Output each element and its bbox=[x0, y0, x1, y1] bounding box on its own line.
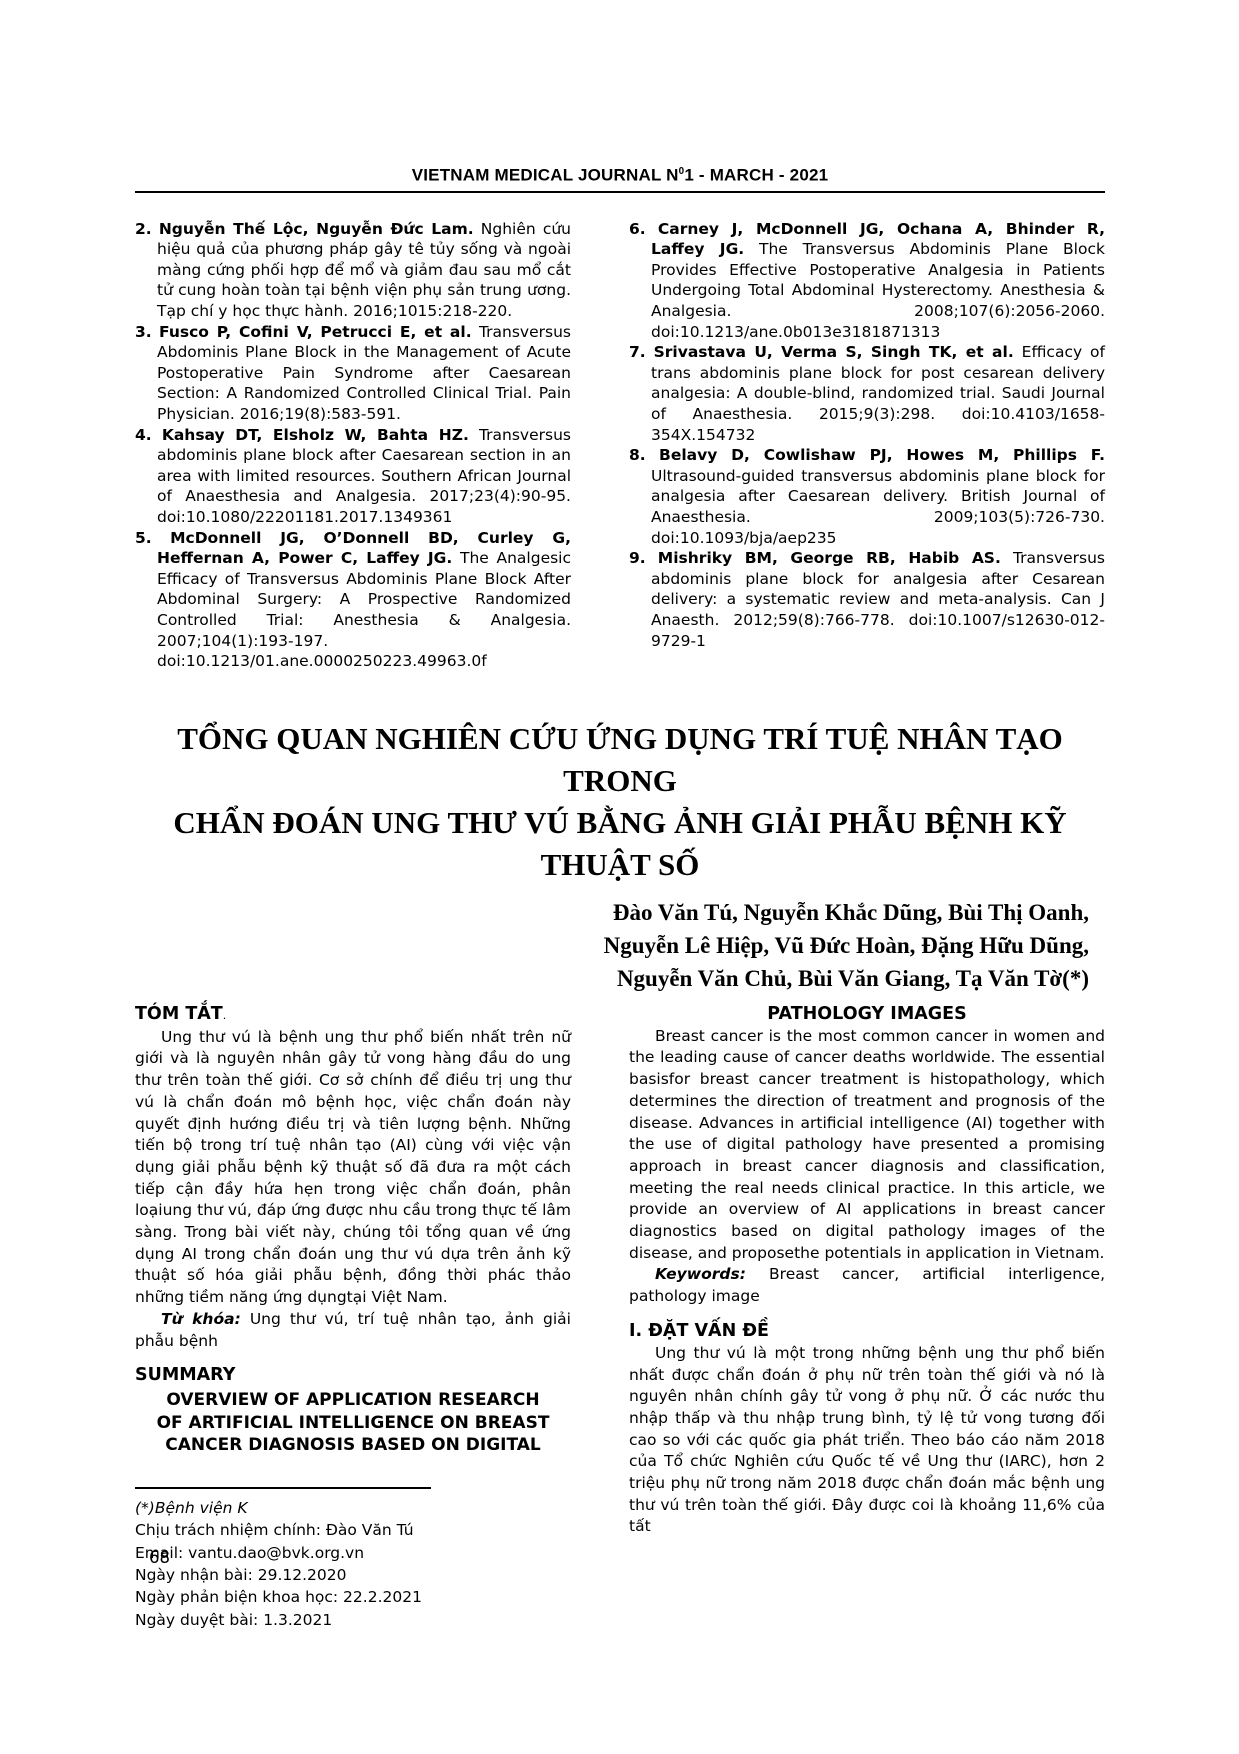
references-column-left: 2. Nguyễn Thế Lộc, Nguyễn Đức Lam. Nghiê… bbox=[135, 219, 571, 672]
references-section: 2. Nguyễn Thế Lộc, Nguyễn Đức Lam. Nghiê… bbox=[135, 219, 1105, 672]
reference-authors: Belavy D, Cowlishaw PJ, Howes M, Phillip… bbox=[659, 446, 1105, 464]
reference-authors: Srivastava U, Verma S, Singh TK, et al. bbox=[654, 343, 1014, 361]
reference-authors: Fusco P, Cofini V, Petrucci E, et al. bbox=[159, 323, 472, 341]
abstract-vi-heading-text: TÓM TẮT bbox=[135, 1004, 223, 1024]
journal-page: VIETNAM MEDICAL JOURNAL N01 - MARCH - 20… bbox=[0, 0, 1239, 1754]
reference-number: 8. bbox=[629, 446, 646, 464]
article-title-line-1: TỔNG QUAN NGHIÊN CỨU ỨNG DỤNG TRÍ TUỆ NH… bbox=[135, 718, 1105, 802]
english-title-line-1: OVERVIEW OF APPLICATION RESEARCH bbox=[135, 1389, 571, 1412]
article-title: TỔNG QUAN NGHIÊN CỨU ỨNG DỤNG TRÍ TUỆ NH… bbox=[135, 718, 1105, 886]
english-title-line-2: OF ARTIFICIAL INTELLIGENCE ON BREAST bbox=[135, 1412, 571, 1435]
keywords-vi-label: Từ khóa: bbox=[161, 1310, 241, 1328]
reference-number: 6. bbox=[629, 220, 646, 238]
reference-authors: Nguyễn Thế Lộc, Nguyễn Đức Lam. bbox=[159, 220, 474, 238]
article-title-line-2: CHẨN ĐOÁN UNG THƯ VÚ BẰNG ẢNH GIẢI PHẪU … bbox=[135, 802, 1105, 886]
reference-text: The Analgesic Efficacy of Transversus Ab… bbox=[157, 549, 571, 670]
page-number: 68 bbox=[149, 1548, 170, 1567]
footnote-block: (*)Bệnh viện K Chịu trách nhiệm chính: Đ… bbox=[135, 1487, 571, 1631]
reference-number: 7. bbox=[629, 343, 646, 361]
reference-text: Ultrasound-guided transversus abdominis … bbox=[651, 467, 1105, 547]
reference-item-8: 8. Belavy D, Cowlishaw PJ, Howes M, Phil… bbox=[629, 445, 1105, 548]
footnote-responsible: Chịu trách nhiệm chính: Đào Văn Tú bbox=[135, 1519, 571, 1541]
header-rule bbox=[135, 191, 1105, 193]
reference-item-4: 4. Kahsay DT, Elsholz W, Bahta HZ. Trans… bbox=[135, 425, 571, 528]
english-title-line-3: CANCER DIAGNOSIS BASED ON DIGITAL bbox=[135, 1434, 571, 1457]
references-column-right: 6. Carney J, McDonnell JG, Ochana A, Bhi… bbox=[629, 219, 1105, 672]
footnote-affiliation: (*)Bệnh viện K bbox=[135, 1497, 571, 1519]
reference-item-3: 3. Fusco P, Cofini V, Petrucci E, et al.… bbox=[135, 322, 571, 425]
summary-heading: SUMMARY bbox=[135, 1364, 571, 1387]
reference-number: 5. bbox=[135, 529, 152, 547]
abstract-vi-paragraph: Ung thư vú là bệnh ung thư phổ biến nhất… bbox=[135, 1027, 571, 1309]
running-head: VIETNAM MEDICAL JOURNAL N01 - MARCH - 20… bbox=[135, 162, 1105, 193]
reference-item-6: 6. Carney J, McDonnell JG, Ochana A, Bhi… bbox=[629, 219, 1105, 343]
journal-title: VIETNAM MEDICAL JOURNAL N01 - MARCH - 20… bbox=[135, 162, 1105, 186]
reference-number: 2. bbox=[135, 220, 152, 238]
abstract-vi-heading: TÓM TẮT. bbox=[135, 1003, 571, 1027]
footnote-review-date: Ngày phản biện khoa học: 22.2.2021 bbox=[135, 1586, 571, 1608]
reference-item-2: 2. Nguyễn Thế Lộc, Nguyễn Đức Lam. Nghiê… bbox=[135, 219, 571, 322]
footnote-rule bbox=[135, 1487, 431, 1489]
reference-item-7: 7. Srivastava U, Verma S, Singh TK, et a… bbox=[629, 342, 1105, 445]
footnote-accepted-date: Ngày duyệt bài: 1.3.2021 bbox=[135, 1609, 571, 1631]
author-line-2: Nguyễn Lê Hiệp, Vũ Đức Hoàn, Đặng Hữu Dũ… bbox=[135, 929, 1089, 962]
abstract-vi-heading-dot: . bbox=[223, 1009, 227, 1022]
keywords-vi: Từ khóa: Ung thư vú, trí tuệ nhân tạo, ả… bbox=[135, 1309, 571, 1352]
intro-heading: I. ĐẶT VẤN ĐỀ bbox=[629, 1320, 1105, 1343]
author-list: Đào Văn Tú, Nguyễn Khắc Dũng, Bùi Thị Oa… bbox=[135, 896, 1105, 995]
journal-title-post: 1 - MARCH - 2021 bbox=[684, 166, 828, 185]
author-line-1: Đào Văn Tú, Nguyễn Khắc Dũng, Bùi Thị Oa… bbox=[135, 896, 1089, 929]
reference-item-5: 5. McDonnell JG, O’Donnell BD, Curley G,… bbox=[135, 528, 571, 672]
reference-authors: Kahsay DT, Elsholz W, Bahta HZ. bbox=[162, 426, 469, 444]
reference-number: 4. bbox=[135, 426, 152, 444]
abstract-en-paragraph: Breast cancer is the most common cancer … bbox=[629, 1026, 1105, 1265]
author-line-3: Nguyễn Văn Chủ, Bùi Văn Giang, Tạ Văn Tờ… bbox=[135, 962, 1089, 995]
main-column-right: PATHOLOGY IMAGES Breast cancer is the mo… bbox=[629, 1003, 1105, 1631]
english-title-block: OVERVIEW OF APPLICATION RESEARCH OF ARTI… bbox=[135, 1389, 571, 1457]
article-body: TÓM TẮT. Ung thư vú là bệnh ung thư phổ … bbox=[135, 1003, 1105, 1631]
main-column-left: TÓM TẮT. Ung thư vú là bệnh ung thư phổ … bbox=[135, 1003, 571, 1631]
reference-number: 9. bbox=[629, 549, 646, 567]
footnote-received-date: Ngày nhận bài: 29.12.2020 bbox=[135, 1564, 571, 1586]
reference-item-9: 9. Mishriky BM, George RB, Habib AS. Tra… bbox=[629, 548, 1105, 651]
english-title-line-4: PATHOLOGY IMAGES bbox=[629, 1003, 1105, 1026]
footnote-email: Email: vantu.dao@bvk.org.vn bbox=[135, 1542, 571, 1564]
keywords-en: Keywords: Breast cancer, artificial inte… bbox=[629, 1264, 1105, 1307]
intro-paragraph: Ung thư vú là một trong những bệnh ung t… bbox=[629, 1343, 1105, 1538]
reference-authors: Mishriky BM, George RB, Habib AS. bbox=[658, 549, 1001, 567]
journal-title-pre: VIETNAM MEDICAL JOURNAL N bbox=[412, 166, 679, 185]
reference-number: 3. bbox=[135, 323, 152, 341]
keywords-en-label: Keywords: bbox=[655, 1265, 746, 1283]
